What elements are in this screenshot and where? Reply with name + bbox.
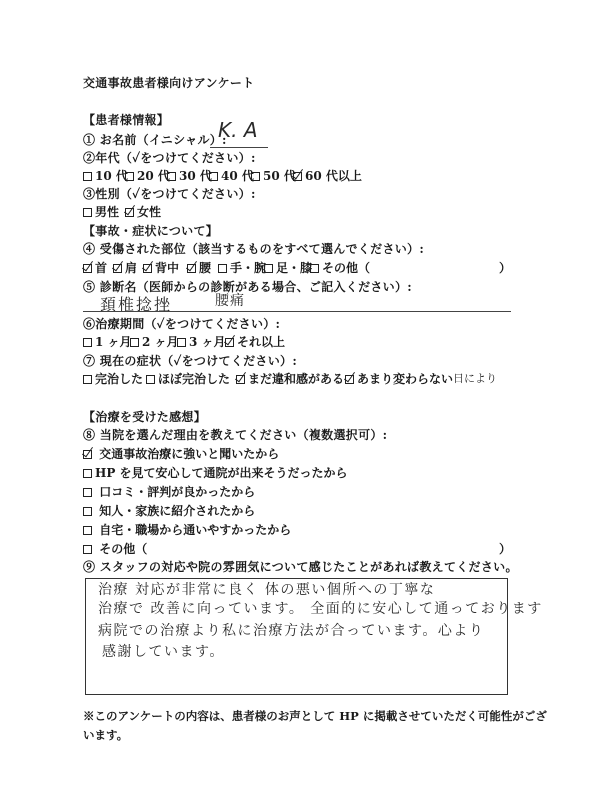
q4-label: ④ 受傷された部位（該当するものをすべて選んでください）: [83,240,424,258]
checkbox[interactable] [130,338,139,347]
survey-title: 交通事故患者様向けアンケート [83,74,254,92]
q9-label: ⑨ スタッフの対応や院の雰囲気について感じたことがあれば教えてください。 [83,558,518,576]
age-option-40[interactable]: 40 代 [209,167,254,185]
reason-option-referral[interactable]: 知人・家族に紹介されたから [83,502,255,520]
q9-answer-line-2: 治療で 改善に向っています。 全面的に安心して通っております [98,599,543,619]
period-option-more[interactable]: それ以上 [225,333,285,351]
age-option-20[interactable]: 20 代 [125,167,170,185]
close-paren: ） [499,259,511,277]
q6-label: ⑥治療期間（✓をつけてください）: [83,315,280,333]
checkbox[interactable] [83,545,92,554]
symptom-note[interactable]: 日により [453,370,497,388]
section-patient-info: 【患者様情報】 [83,111,169,129]
checkbox[interactable] [83,172,92,181]
checkbox[interactable] [177,338,186,347]
q9-answer-line-3: 病院での治療より私に治療方法が合っています。心より [98,621,484,641]
symptom-option-discomfort[interactable]: まだ違和感がある [236,370,344,388]
footnote-line-2: います。 [83,726,128,744]
checkbox[interactable] [264,264,273,273]
checkbox[interactable] [251,172,260,181]
symptom-option-almost-cured[interactable]: ほぼ完治した [146,370,230,388]
section-accident: 【事故・症状について】 [83,222,218,240]
body-part-waist[interactable]: 腰 [187,259,211,277]
q5-underline [83,311,511,312]
checkbox[interactable] [83,208,92,217]
body-part-leg-knee[interactable]: 足・膝 [264,259,312,277]
period-option-2-months[interactable]: 2 ヶ月 [130,333,179,351]
period-option-1-month[interactable]: 1 ヶ月 [83,333,132,351]
q3-label: ③性別（✓をつけてください）: [83,185,256,203]
q5-answer-2[interactable]: 腰痛 [215,290,245,310]
checkbox-checked[interactable] [83,450,92,459]
period-option-3-months[interactable]: 3 ヶ月 [177,333,226,351]
symptom-option-cured[interactable]: 完治した [83,370,143,388]
body-part-shoulder[interactable]: 肩 [113,259,137,277]
checkbox[interactable] [209,172,218,181]
checkbox[interactable] [83,338,92,347]
reason-option-hp[interactable]: HP を見て安心して通院が出来そうだったから [83,464,348,482]
checkbox[interactable] [83,375,92,384]
body-part-neck[interactable]: 首 [83,259,107,277]
q1-underline [210,147,268,148]
checkbox-checked[interactable] [293,172,302,181]
checkbox-checked[interactable] [113,264,122,273]
q1-label: ① お名前（イニシャル）: [83,131,227,149]
footnote-line-1: ※このアンケートの内容は、患者様のお声として HP に掲載させていただく可能性が… [83,707,547,725]
checkbox-checked[interactable] [125,208,134,217]
body-part-back[interactable]: 背中 [143,259,179,277]
checkbox-checked[interactable] [225,338,234,347]
checkbox[interactable] [83,469,92,478]
q9-answer-line-1: 治療 対応が非常に良く 体の悪い個所への丁寧な [98,580,435,600]
checkbox-checked[interactable] [187,264,196,273]
q2-label: ②年代（✓をつけてください）: [83,149,256,167]
q7-label: ⑦ 現在の症状（✓をつけてください）: [83,352,297,370]
age-option-60-plus[interactable]: 60 代以上 [293,167,362,185]
age-option-10[interactable]: 10 代 [83,167,128,185]
symptom-option-unchanged[interactable]: あまり変わらない [345,370,453,388]
checkbox[interactable] [83,488,92,497]
checkbox[interactable] [167,172,176,181]
close-paren: ） [499,540,511,558]
checkbox[interactable] [310,264,319,273]
checkbox-checked[interactable] [83,264,92,273]
section-impressions: 【治療を受けた感想】 [83,408,206,426]
reason-option-convenient[interactable]: 自宅・職場から通いやすかったから [83,521,291,539]
q9-answer-box[interactable]: 治療 対応が非常に良く 体の悪い個所への丁寧な 治療で 改善に向っています。 全… [85,578,508,695]
checkbox-checked[interactable] [345,375,354,384]
q8-label: ⑧ 当院を選んだ理由を教えてください（複数選択可）: [83,426,387,444]
q1-answer[interactable]: K. A [218,118,258,142]
gender-option-male[interactable]: 男性 [83,203,119,221]
reason-option-other[interactable]: その他（ [83,540,147,558]
body-part-other[interactable]: その他（ [310,259,370,277]
age-option-30[interactable]: 30 代 [167,167,212,185]
q9-answer-line-4: 感謝しています。 [102,642,225,662]
checkbox[interactable] [83,507,92,516]
checkbox-checked[interactable] [143,264,152,273]
reason-option-reviews[interactable]: 口コミ・評判が良かったから [83,483,255,501]
checkbox-checked[interactable] [236,375,245,384]
checkbox[interactable] [218,264,227,273]
body-part-hand-arm[interactable]: 手・腕 [218,259,266,277]
reason-option-traffic-accident[interactable]: 交通事故治療に強いと聞いたから [83,445,279,463]
age-option-50[interactable]: 50 代 [251,167,296,185]
checkbox[interactable] [83,526,92,535]
checkbox[interactable] [146,375,155,384]
checkbox[interactable] [125,172,134,181]
gender-option-female[interactable]: 女性 [125,203,161,221]
